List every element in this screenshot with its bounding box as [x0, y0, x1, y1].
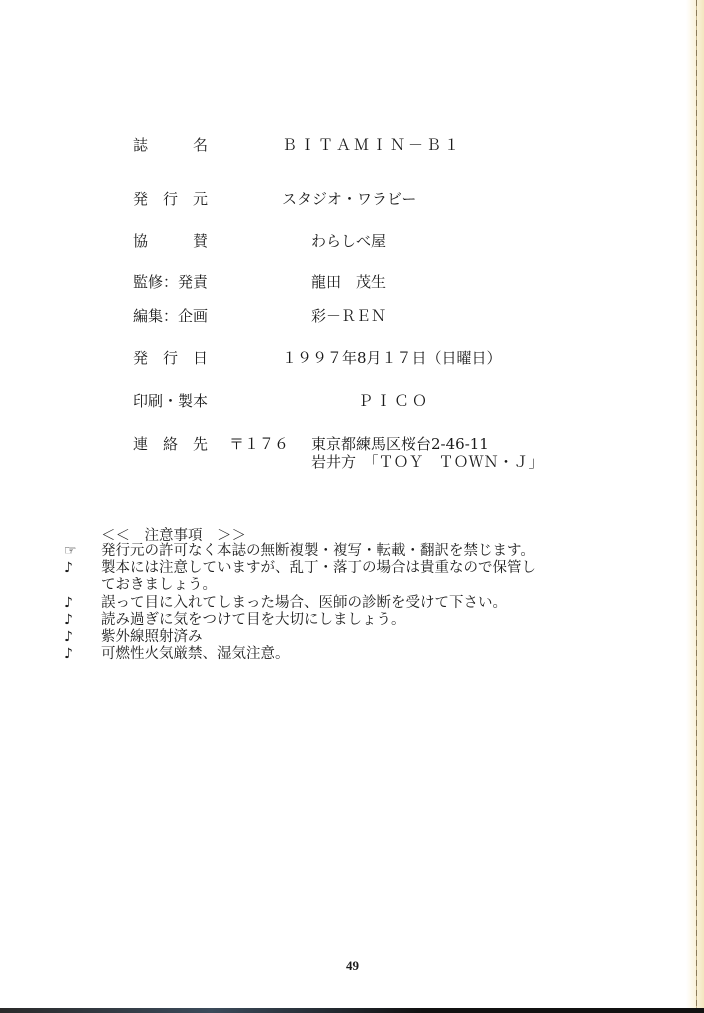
notice-text: 読み過ぎに気をつけて目を大切にしましょう。 — [101, 612, 406, 629]
label-contact: 連 絡 先 — [133, 433, 208, 454]
label-title: 誌 名 — [133, 134, 208, 155]
page-edge — [686, 0, 704, 1013]
value-sponsor: わらしべ屋 — [311, 230, 386, 251]
scan-bottom-edge — [0, 1008, 704, 1013]
binding-edge-line — [696, 0, 697, 1013]
value-publisher: スタジオ・ワラビー — [282, 188, 416, 209]
music-note-icon: ♪ — [64, 629, 94, 645]
notice-text: 誤って目に入れてしまった場合、医師の診断を受けて下さい。 — [101, 595, 507, 612]
label-date: 発 行 日 — [133, 347, 208, 368]
page-number: 49 — [346, 958, 359, 974]
label-supervisor: 監修：発責 — [133, 271, 208, 292]
music-note-icon: ♪ — [64, 612, 94, 628]
music-note-icon: ♪ — [64, 595, 94, 611]
label-printer: 印刷・製本 — [133, 390, 208, 411]
notice-text: 発行元の許可なく本誌の無断複製・複写・転載・翻訳を禁じます。 — [101, 543, 535, 560]
notice-text: 製本には注意していますが、乱丁・落丁の場合は貴重なので保管し — [101, 560, 536, 577]
label-sponsor: 協 賛 — [133, 230, 208, 251]
value-date: １９９７年8月１７日（日曜日） — [282, 347, 502, 368]
label-editor: 編集：企画 — [133, 305, 208, 326]
label-publisher: 発 行 元 — [133, 188, 208, 209]
value-address-line2: 岩井方 「ＴＯＹ ＴＯＷＮ・Ｊ」 — [311, 451, 544, 472]
music-note-icon: ♪ — [64, 560, 94, 576]
notices-title: ＜＜ 注意事項 ＞＞ — [101, 524, 246, 545]
notice-text: 紫外線照射済み — [101, 629, 203, 646]
value-postal-code: 〒１７６ — [229, 433, 289, 454]
value-editor: 彩－ＲＥＮ — [311, 305, 386, 326]
music-note-icon: ♪ — [64, 646, 94, 662]
value-supervisor: 龍田 茂生 — [311, 271, 386, 292]
notice-text-continued: ておきましょう。 — [101, 577, 217, 594]
value-title: ＢＩＴＡＭＩＮ－Ｂ１ — [282, 134, 462, 155]
notice-text: 可燃性火気厳禁、湿気注意。 — [101, 646, 290, 663]
value-printer: ＰＩＣＯ — [358, 390, 430, 411]
pointing-hand-icon: ☞ — [64, 543, 94, 559]
